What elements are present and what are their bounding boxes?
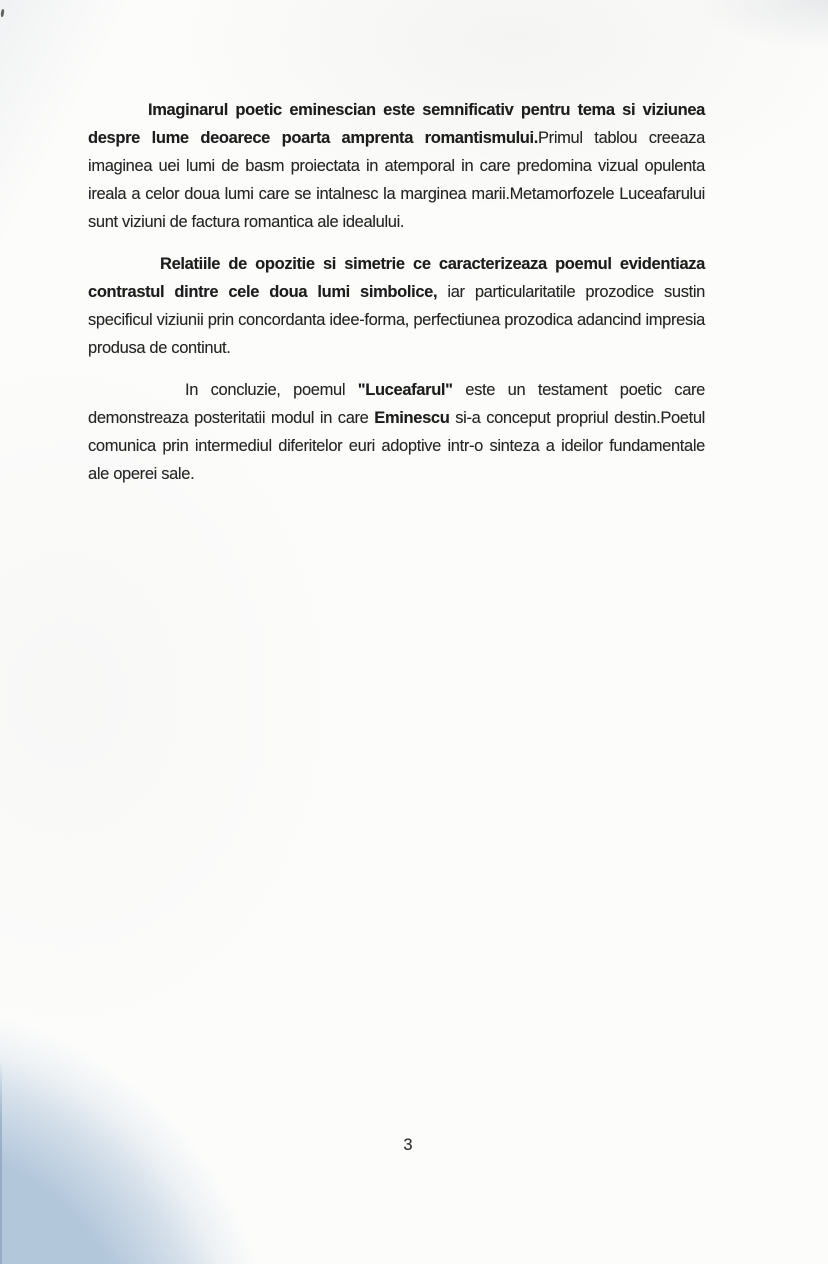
text-segment: In concluzie, poemul (185, 381, 358, 399)
ink-speck-artifact (0, 9, 4, 17)
page-number: 3 (88, 1136, 728, 1155)
scanned-page: Imaginarul poetic eminescian este semnif… (0, 0, 828, 1264)
paragraph: In concluzie, poemul "Luceafarul" este u… (88, 376, 705, 488)
paragraph: Imaginarul poetic eminescian este semnif… (88, 96, 705, 236)
paragraph: Relatiile de opozitie si simetrie ce car… (88, 250, 705, 362)
text-segment-bold: Eminescu (374, 409, 449, 427)
document-text: Imaginarul poetic eminescian este semnif… (88, 96, 705, 502)
text-segment-bold: "Luceafarul" (358, 381, 453, 399)
scan-shadow-edge-artifact (0, 1060, 2, 1264)
